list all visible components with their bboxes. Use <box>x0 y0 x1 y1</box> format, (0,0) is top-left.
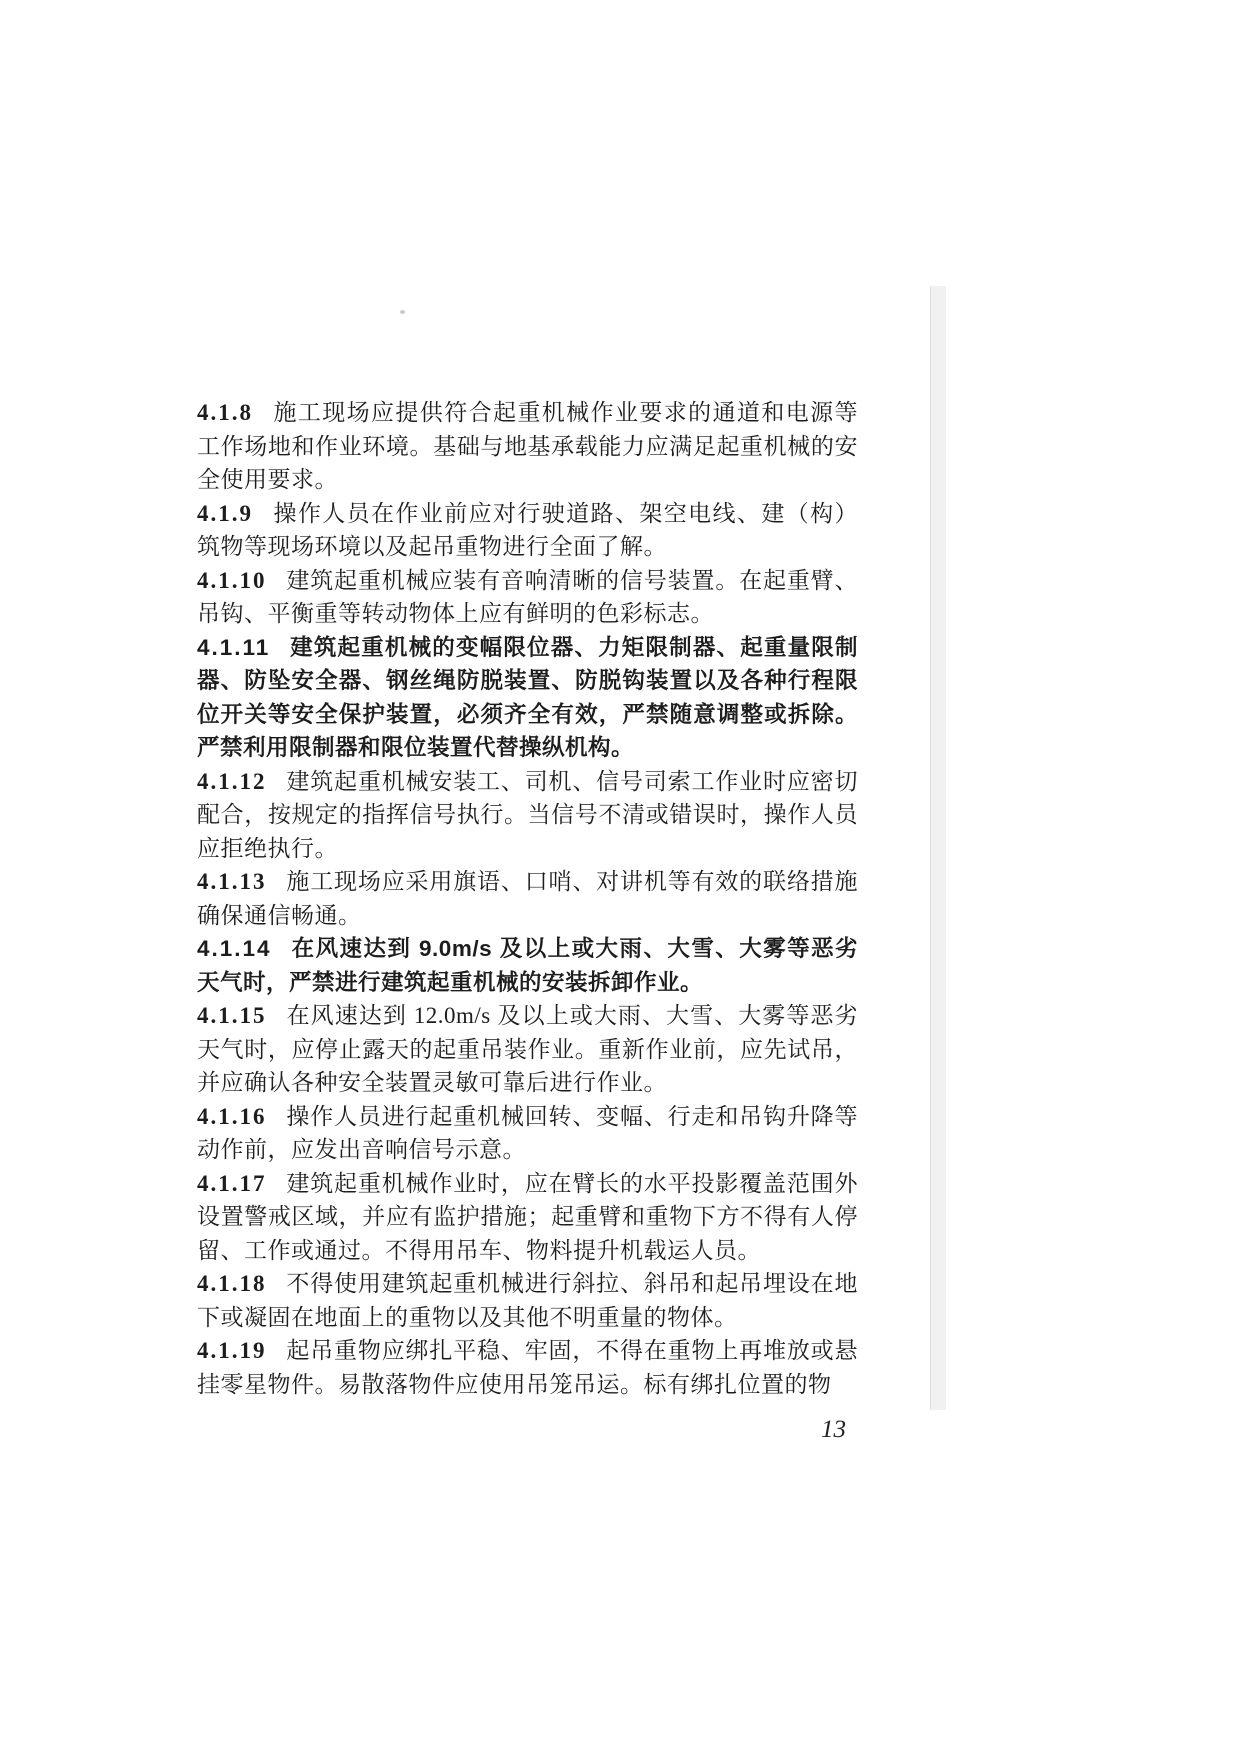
clause-item: 4.1.8施工现场应提供符合起重机械作业要求的通道和电源等工作场地和作业环境。基… <box>197 396 858 497</box>
clause-text: 施工现场应采用旗语、口哨、对讲机等有效的联络措施确保通信畅通。 <box>197 869 858 928</box>
clause-text: 建筑起重机械作业时，应在臂长的水平投影覆盖范围外设置警戒区域，并应有监护措施；起… <box>197 1171 858 1263</box>
document-page: 4.1.8施工现场应提供符合起重机械作业要求的通道和电源等工作场地和作业环境。基… <box>0 0 1240 1754</box>
text-column: 4.1.8施工现场应提供符合起重机械作业要求的通道和电源等工作场地和作业环境。基… <box>197 396 858 1445</box>
clause-number: 4.1.9 <box>197 501 253 526</box>
clause-item: 4.1.16操作人员进行起重机械回转、变幅、行走和吊钩升降等动作前，应发出音响信… <box>197 1100 858 1167</box>
clause-number: 4.1.15 <box>197 1003 267 1028</box>
clause-number: 4.1.11 <box>197 635 270 660</box>
clause-item: 4.1.15在风速达到 12.0m/s 及以上或大雨、大雪、大雾等恶劣天气时，应… <box>197 999 858 1100</box>
clause-text: 在风速达到 9.0m/s 及以上或大雨、大雪、大雾等恶劣天气时，严禁进行建筑起重… <box>197 936 858 995</box>
clause-number: 4.1.17 <box>197 1171 267 1196</box>
clause-text: 施工现场应提供符合起重机械作业要求的通道和电源等工作场地和作业环境。基础与地基承… <box>197 400 858 492</box>
scan-speck-artifact <box>400 310 405 314</box>
clause-item: 4.1.13施工现场应采用旗语、口哨、对讲机等有效的联络措施确保通信畅通。 <box>197 865 858 932</box>
clause-text: 建筑起重机械安装工、司机、信号司索工作业时应密切配合，按规定的指挥信号执行。当信… <box>197 769 858 861</box>
clause-number: 4.1.18 <box>197 1271 267 1296</box>
page-number: 13 <box>197 1415 858 1445</box>
clause-item: 4.1.18不得使用建筑起重机械进行斜拉、斜吊和起吊埋设在地下或凝固在地面上的重… <box>197 1267 858 1334</box>
clause-item: 4.1.9操作人员在作业前应对行驶道路、架空电线、建（构）筑物等现场环境以及起吊… <box>197 497 858 564</box>
clause-number: 4.1.19 <box>197 1338 267 1363</box>
clause-number: 4.1.16 <box>197 1104 267 1129</box>
clause-number: 4.1.8 <box>197 400 253 425</box>
clause-item: 4.1.10建筑起重机械应装有音响清晰的信号装置。在起重臂、吊钩、平衡重等转动物… <box>197 564 858 631</box>
clause-text: 操作人员进行起重机械回转、变幅、行走和吊钩升降等动作前，应发出音响信号示意。 <box>197 1104 858 1163</box>
scan-band-artifact <box>930 286 946 1410</box>
clause-text: 操作人员在作业前应对行驶道路、架空电线、建（构）筑物等现场环境以及起吊重物进行全… <box>197 501 858 560</box>
clause-item: 4.1.12建筑起重机械安装工、司机、信号司索工作业时应密切配合，按规定的指挥信… <box>197 765 858 866</box>
clause-item: 4.1.11建筑起重机械的变幅限位器、力矩限制器、起重量限制器、防坠安全器、钢丝… <box>197 631 858 765</box>
clause-text: 起吊重物应绑扎平稳、牢固，不得在重物上再堆放或悬挂零星物件。易散落物件应使用吊笼… <box>197 1338 858 1397</box>
clause-item: 4.1.17建筑起重机械作业时，应在臂长的水平投影覆盖范围外设置警戒区域，并应有… <box>197 1167 858 1268</box>
clause-text: 建筑起重机械应装有音响清晰的信号装置。在起重臂、吊钩、平衡重等转动物体上应有鲜明… <box>197 568 858 627</box>
clause-text: 建筑起重机械的变幅限位器、力矩限制器、起重量限制器、防坠安全器、钢丝绳防脱装置、… <box>197 635 858 761</box>
clause-number: 4.1.13 <box>197 869 267 894</box>
clause-text: 在风速达到 12.0m/s 及以上或大雨、大雪、大雾等恶劣天气时，应停止露天的起… <box>197 1003 858 1095</box>
clause-number: 4.1.12 <box>197 769 267 794</box>
clause-number: 4.1.10 <box>197 568 267 593</box>
clause-number: 4.1.14 <box>197 936 272 961</box>
clause-text: 不得使用建筑起重机械进行斜拉、斜吊和起吊埋设在地下或凝固在地面上的重物以及其他不… <box>197 1271 858 1330</box>
clause-item: 4.1.19起吊重物应绑扎平稳、牢固，不得在重物上再堆放或悬挂零星物件。易散落物… <box>197 1334 858 1401</box>
clause-item: 4.1.14在风速达到 9.0m/s 及以上或大雨、大雪、大雾等恶劣天气时，严禁… <box>197 932 858 999</box>
